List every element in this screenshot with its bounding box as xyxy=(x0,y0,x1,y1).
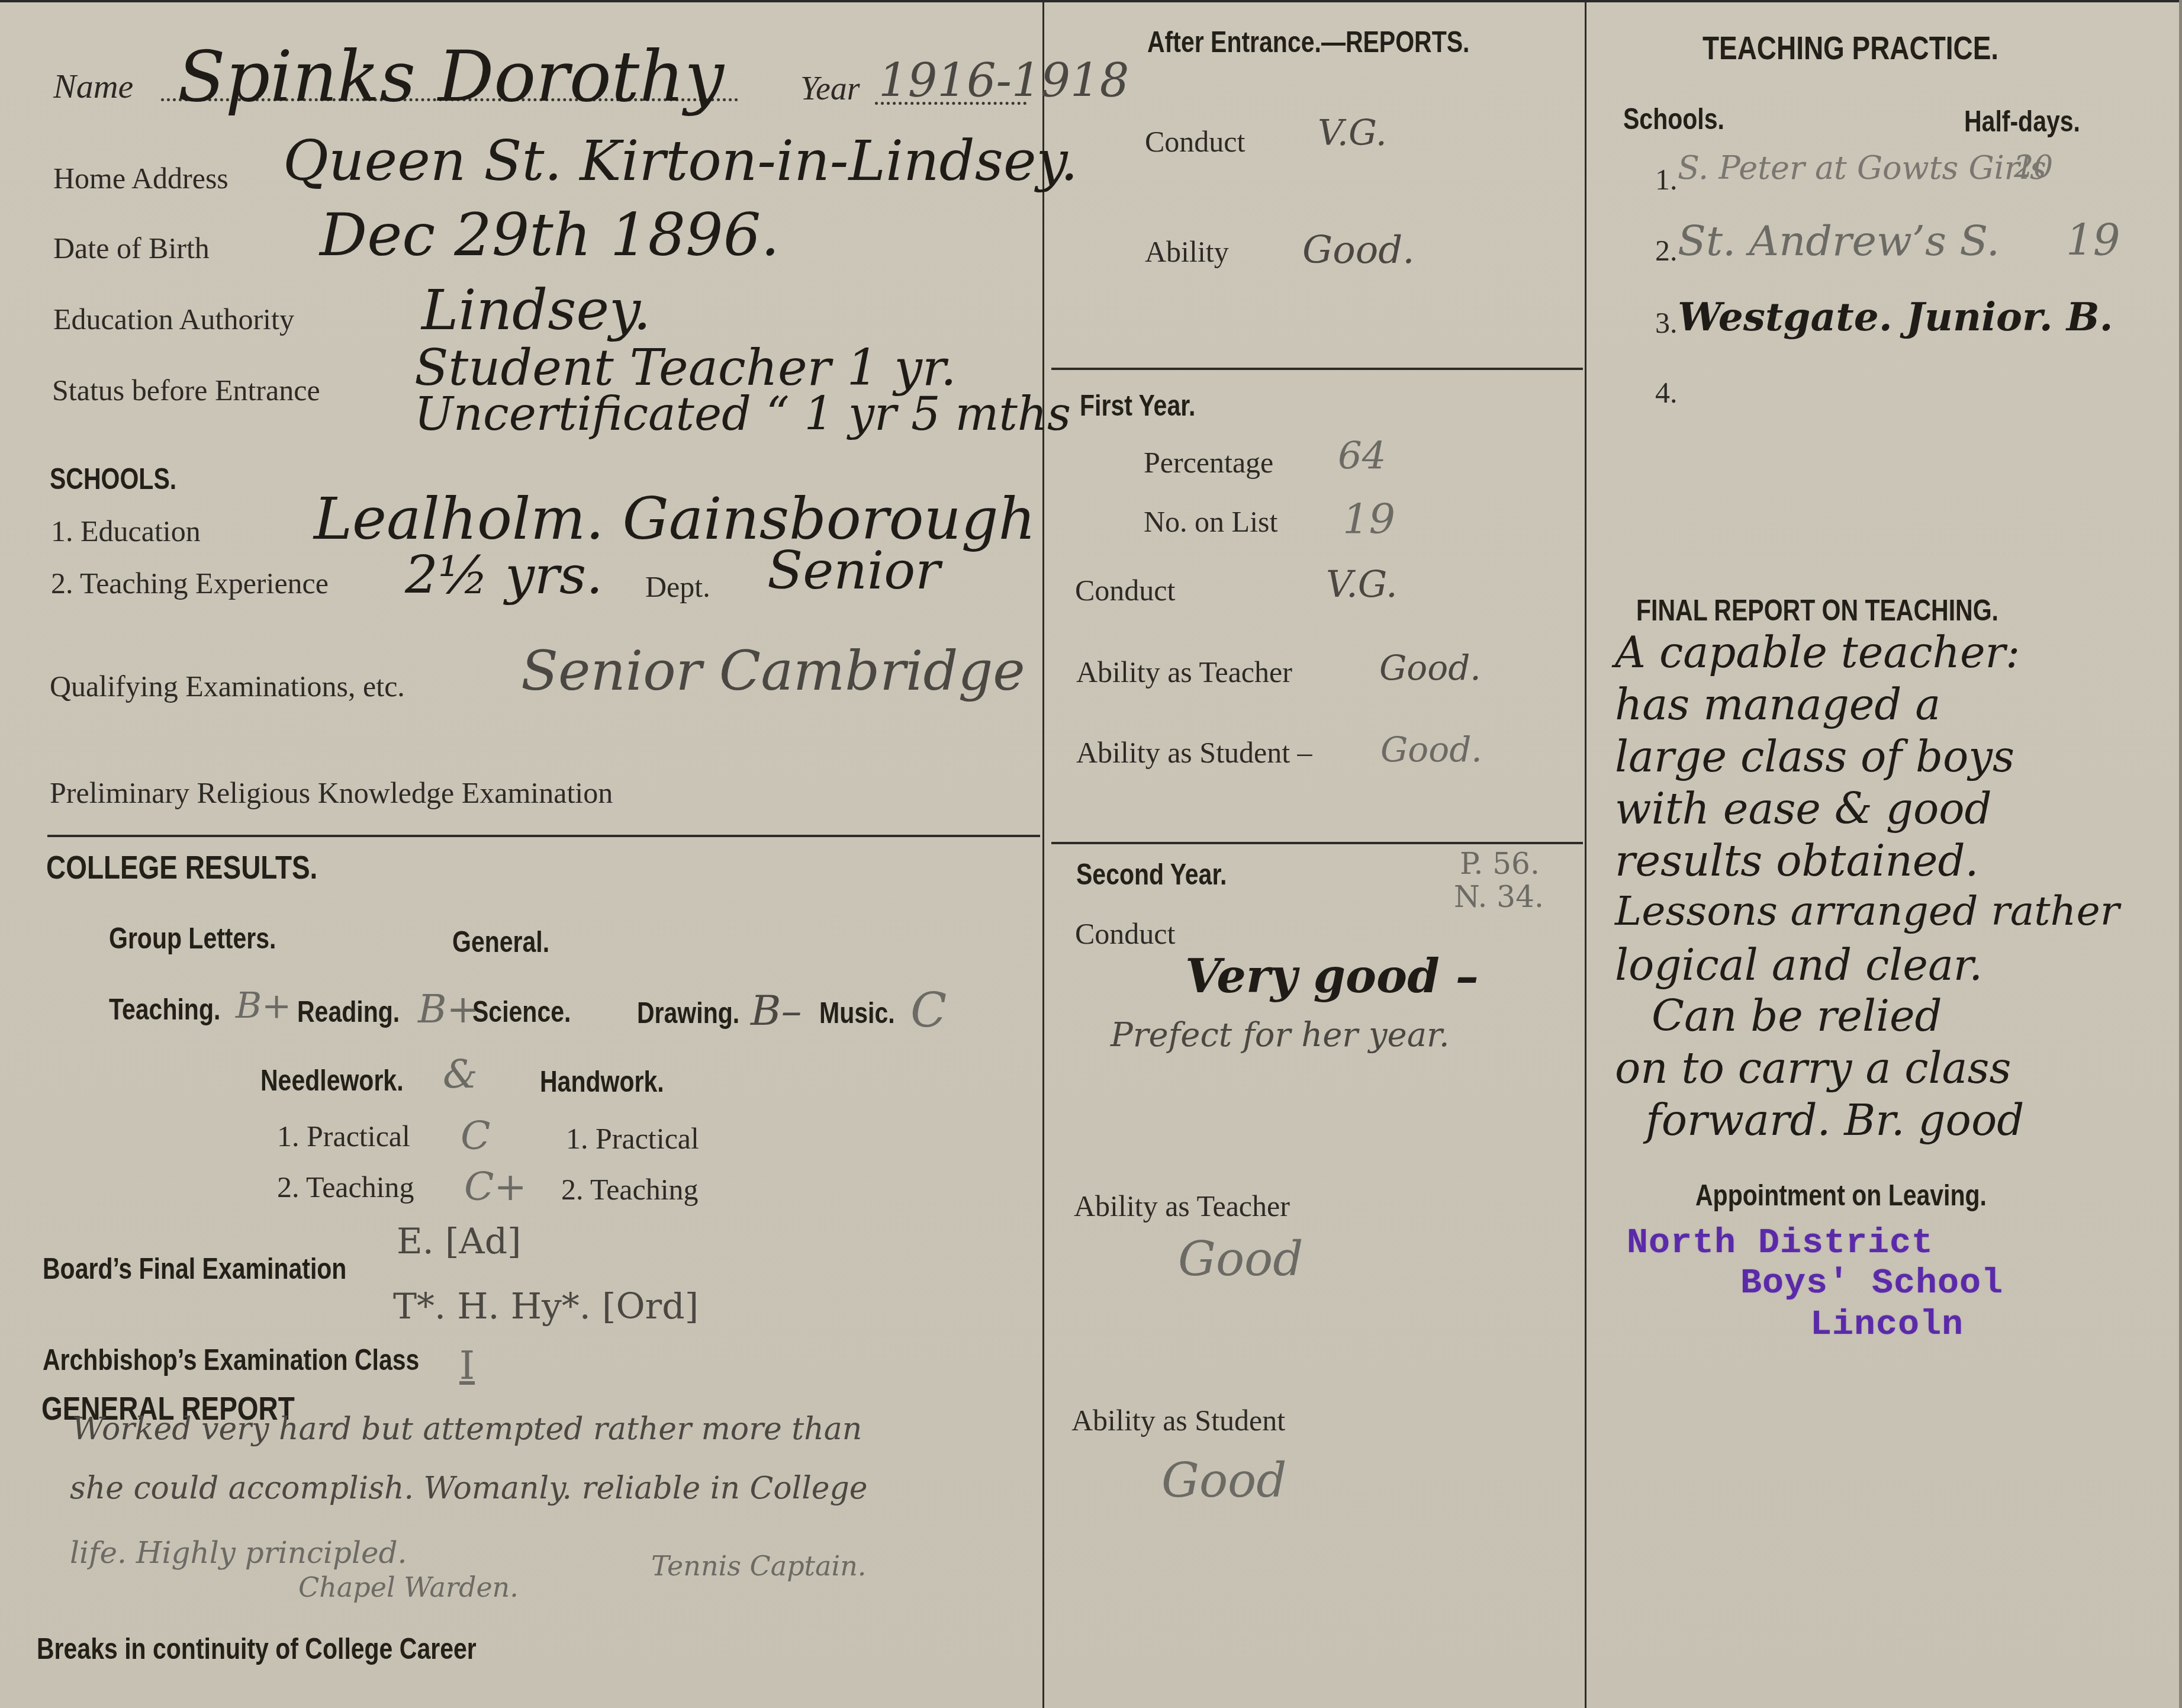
group-letters-label: Group Letters. xyxy=(109,921,276,956)
final-report-line: results obtained. xyxy=(1615,836,1978,886)
needlework-label: Needlework. xyxy=(260,1063,404,1098)
general-report-line2: she could accomplish. Womanly. reliable … xyxy=(70,1471,868,1506)
final-report-line: large class of boys xyxy=(1615,732,2014,781)
final-report-line: has managed a xyxy=(1615,680,1940,729)
final-report-line: forward. Br. good xyxy=(1646,1095,2024,1145)
appointment-label: Appointment on Leaving. xyxy=(1695,1178,1987,1212)
second-year-student-value: Good xyxy=(1161,1453,1286,1508)
handwork-teaching-label: 2. Teaching xyxy=(561,1172,699,1207)
needlework-teaching-label: 2. Teaching xyxy=(277,1170,414,1204)
first-year-percentage-label: Percentage xyxy=(1144,445,1273,480)
teaching-experience-value: 2½ yrs. xyxy=(405,545,603,606)
first-year-heading: First Year. xyxy=(1080,388,1195,423)
final-report-line: Lessons arranged rather xyxy=(1615,888,2119,935)
second-year-p-value: P. 56. xyxy=(1460,847,1540,881)
name-value: Spinks Dorothy xyxy=(178,36,724,117)
college-results-heading: COLLEGE RESULTS. xyxy=(46,848,317,886)
appointment-line2: Boys' School xyxy=(1740,1263,2003,1304)
religious-knowledge-label: Preliminary Religious Knowledge Examinat… xyxy=(50,776,613,810)
practice-row-halfdays: 20 xyxy=(2014,149,2053,185)
status-value-line2: Uncertificated “ 1 yr 5 mths xyxy=(414,388,1071,441)
first-year-student-label: Ability as Student – xyxy=(1076,735,1312,770)
final-report-line: with ease & good xyxy=(1615,784,1992,834)
section-rule-first-year xyxy=(1051,368,1583,370)
card-top-edge xyxy=(0,0,2182,2)
dob-label: Date of Birth xyxy=(53,231,210,265)
qualifying-value: Senior Cambridge xyxy=(521,639,1025,703)
general-report-line4: Chapel Warden. xyxy=(298,1571,519,1603)
second-year-n-value: N. 34. xyxy=(1454,880,1544,914)
drawing-grade-label: Drawing. xyxy=(637,996,739,1030)
dept-label: Dept. xyxy=(645,570,710,604)
practice-row-number: 1. xyxy=(1655,162,1678,197)
general-label: General. xyxy=(452,925,549,959)
dob-value: Dec 29th 1896. xyxy=(320,200,780,269)
needlework-value: & xyxy=(443,1051,478,1097)
first-year-list-label: No. on List xyxy=(1144,504,1277,539)
reports-heading: After Entrance.—REPORTS. xyxy=(1147,25,1469,59)
music-label: Music. xyxy=(819,996,895,1030)
music-grade-value: C xyxy=(910,983,947,1038)
column-divider-left xyxy=(1042,0,1044,1708)
second-year-student-label: Ability as Student xyxy=(1071,1403,1285,1437)
appointment-line3: Lincoln xyxy=(1810,1305,1964,1345)
appointment-line1: North District xyxy=(1627,1223,1933,1263)
practice-row-number: 2. xyxy=(1655,233,1678,268)
teaching-grade-value: B+ xyxy=(236,985,291,1027)
general-report-line5: Tennis Captain. xyxy=(651,1550,866,1582)
schools-heading: SCHOOLS. xyxy=(50,462,176,496)
second-year-teacher-label: Ability as Teacher xyxy=(1074,1189,1290,1223)
final-report-line: logical and clear. xyxy=(1615,940,1983,990)
qualifying-label: Qualifying Examinations, etc. xyxy=(50,669,405,703)
name-label: Name xyxy=(53,66,133,106)
final-report-line: Can be relied xyxy=(1652,991,1942,1041)
first-year-conduct-value: V.G. xyxy=(1326,562,1398,606)
practice-row-school: S. Peter at Gowts Girls xyxy=(1678,149,2046,186)
dept-value: Senior xyxy=(767,540,940,601)
teaching-experience-label: 2. Teaching Experience xyxy=(51,566,329,600)
teaching-practice-heading: TEACHING PRACTICE. xyxy=(1703,28,1998,67)
practice-row-number: 3. xyxy=(1655,305,1678,340)
practice-row-school: Westgate. Junior. B. xyxy=(1678,294,2113,340)
handwork-practical-label: 1. Practical xyxy=(566,1121,699,1156)
needlework-practical-label: 1. Practical xyxy=(277,1119,410,1153)
first-year-percentage-value: 64 xyxy=(1338,435,1386,478)
entrance-conduct-label: Conduct xyxy=(1145,124,1245,159)
card-right-edge xyxy=(2179,0,2182,1708)
second-year-heading: Second Year. xyxy=(1076,857,1227,892)
first-year-teacher-value: Good. xyxy=(1379,648,1481,688)
final-report-line: A capable teacher: xyxy=(1615,628,2020,677)
needlework-practical-value: C xyxy=(461,1113,491,1159)
schools-column-header: Schools. xyxy=(1623,102,1724,136)
home-address-label: Home Address xyxy=(53,161,229,195)
boards-final-value-line2: T*. H. Hy*. [Ord] xyxy=(393,1286,699,1327)
halfdays-column-header: Half-days. xyxy=(1964,104,2080,139)
entrance-ability-value: Good. xyxy=(1302,229,1415,272)
section-rule-college-results xyxy=(47,835,1040,837)
boards-final-label: Board’s Final Examination xyxy=(43,1252,346,1286)
second-year-teacher-value: Good xyxy=(1178,1231,1303,1286)
archbishop-exam-label: Archbishop’s Examination Class xyxy=(43,1343,419,1377)
general-report-line3: life. Highly principled. xyxy=(70,1536,407,1570)
science-label: Science. xyxy=(472,995,571,1029)
final-report-line: on to carry a class xyxy=(1615,1043,2011,1093)
home-address-value: Queen St. Kirton-in-Lindsey. xyxy=(283,129,1078,194)
first-year-list-value: 19 xyxy=(1343,495,1395,543)
status-label: Status before Entrance xyxy=(52,373,320,407)
needlework-teaching-value: C+ xyxy=(464,1164,527,1210)
year-value: 1916-1918 xyxy=(878,54,1129,108)
section-rule-second-year xyxy=(1051,842,1583,844)
reading-grade-label: Reading. xyxy=(297,995,400,1029)
teaching-grade-label: Teaching. xyxy=(109,992,220,1027)
breaks-in-continuity-label: Breaks in continuity of College Career xyxy=(37,1632,477,1666)
drawing-grade-value: B– xyxy=(751,986,802,1035)
practice-row-halfdays: 19 xyxy=(2066,215,2120,265)
second-year-conduct-note: Prefect for her year. xyxy=(1111,1016,1450,1054)
education-label: 1. Education xyxy=(51,514,201,548)
boards-final-value-line1: E. [Ad] xyxy=(397,1221,522,1262)
first-year-student-value: Good. xyxy=(1380,729,1482,770)
column-divider-right xyxy=(1585,0,1586,1708)
archbishop-exam-value: I xyxy=(459,1343,475,1388)
handwork-label: Handwork. xyxy=(540,1064,664,1099)
practice-row-school: St. Andrew’s S. xyxy=(1678,217,2000,265)
education-authority-label: Education Authority xyxy=(53,302,294,336)
final-report-heading: FINAL REPORT ON TEACHING. xyxy=(1636,593,1998,628)
entrance-ability-label: Ability xyxy=(1145,234,1229,269)
education-authority-value: Lindsey. xyxy=(421,278,651,343)
reading-grade-value: B+ xyxy=(418,986,479,1032)
first-year-teacher-label: Ability as Teacher xyxy=(1076,655,1292,689)
entrance-conduct-value: V.G. xyxy=(1318,112,1387,154)
year-label: Year xyxy=(800,70,860,108)
second-year-conduct-label: Conduct xyxy=(1075,916,1175,951)
general-report-line1: Worked very hard but attempted rather mo… xyxy=(72,1411,862,1447)
second-year-conduct-value: Very good – xyxy=(1185,950,1479,1003)
practice-row-number: 4. xyxy=(1655,375,1678,410)
first-year-conduct-label: Conduct xyxy=(1075,573,1175,607)
